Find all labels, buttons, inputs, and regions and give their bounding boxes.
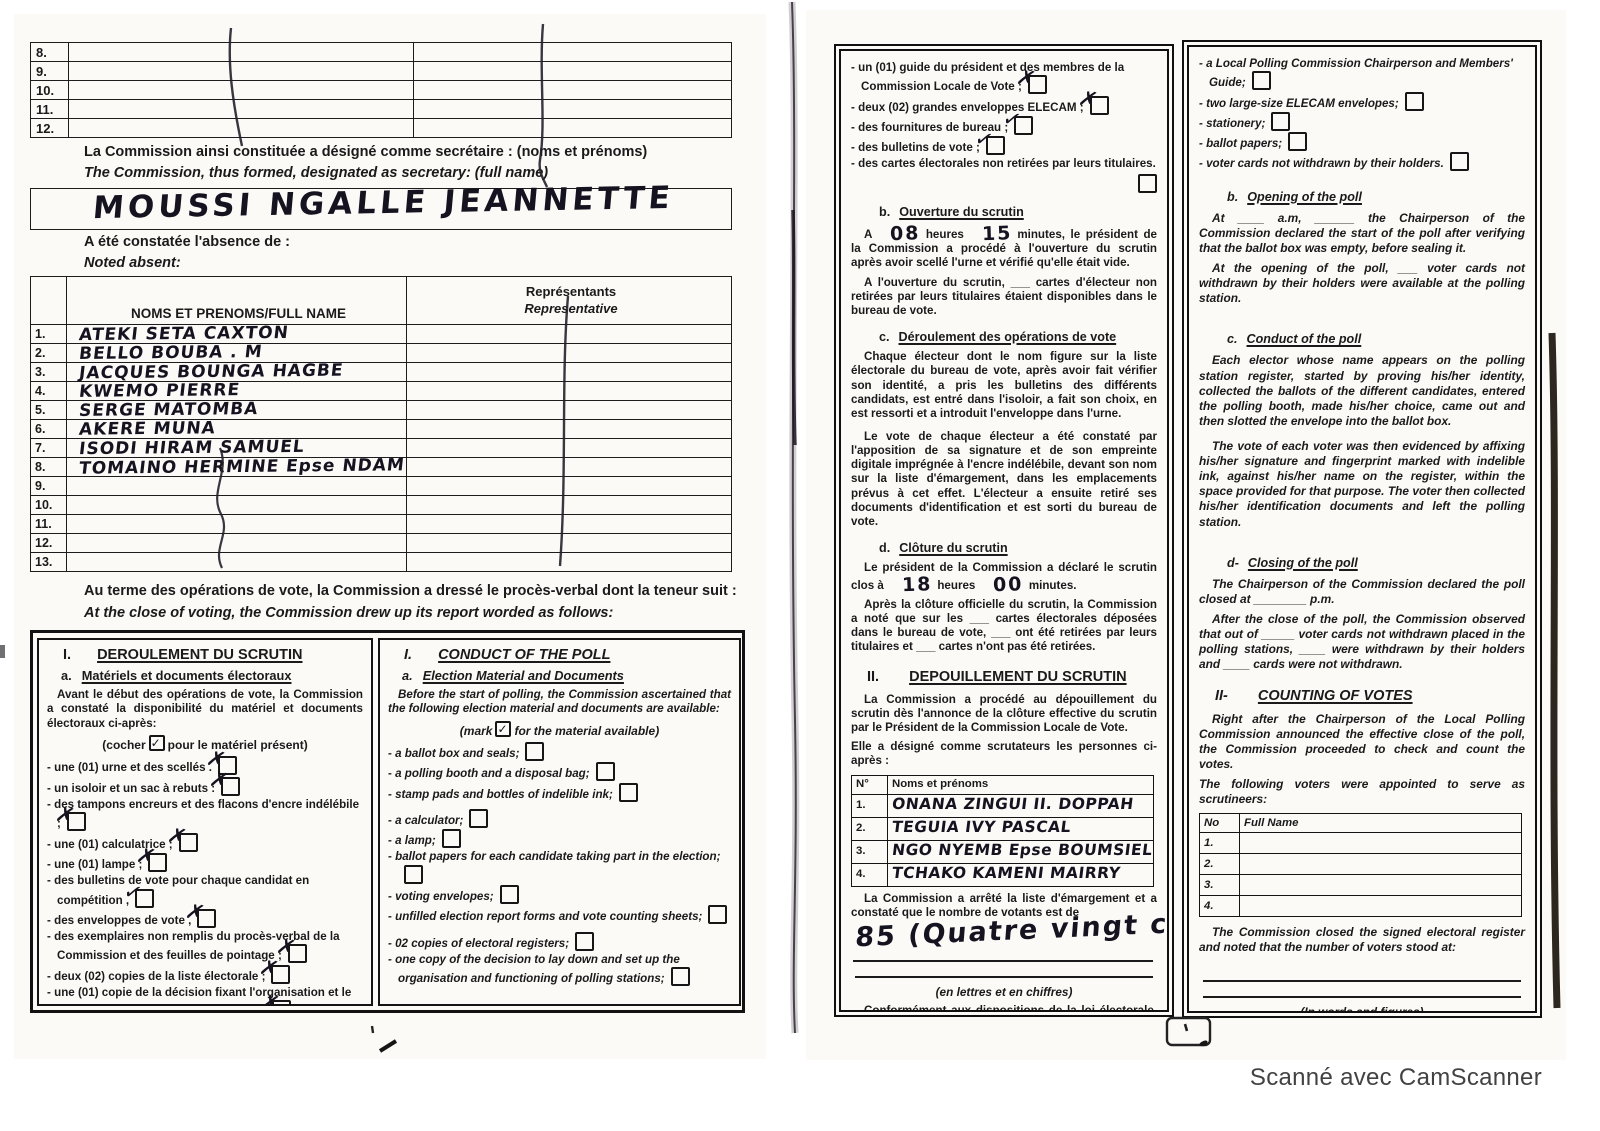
paragraph: The vote of each voter was then evidence…	[1199, 439, 1525, 530]
checklist-item: - deux (02) copies de la liste électoral…	[47, 965, 363, 984]
row-number: 8.	[31, 458, 67, 477]
heading-letter: c.	[879, 330, 890, 344]
section-title-fr: I.DEROULEMENT DU SCRUTIN	[63, 647, 363, 663]
section-number: II-	[1215, 688, 1228, 704]
page2-column-fr: - un (01) guide du président et des memb…	[834, 44, 1174, 1017]
section-number: II.	[867, 669, 879, 685]
row-number: 4.	[31, 382, 67, 401]
checkbox: ✗	[272, 1000, 291, 1006]
blank-line	[1203, 982, 1521, 998]
paragraph: The following voters were appointed to s…	[1199, 777, 1525, 807]
closing-line-en: At the close of voting, the Commission d…	[84, 605, 613, 621]
checkbox	[596, 762, 615, 781]
handwritten-name: TOMAINO HERMINE Epse NDAM	[78, 457, 406, 477]
checklist-item-label: ballot papers;	[1206, 137, 1282, 150]
paragraph: Le vote de chaque électeur a été constat…	[851, 430, 1157, 529]
checkbox: ✗	[1028, 75, 1047, 94]
checklist-item: - des fournitures de bureau ;✓	[851, 116, 1157, 135]
row-number: 5.	[31, 401, 67, 420]
dash: -	[47, 930, 51, 943]
checklist-item: - stationery;	[1199, 112, 1525, 131]
handwritten-name: AKERE MUNA	[78, 420, 217, 438]
page-crease-dark	[793, 210, 795, 445]
heading-letter: d.	[879, 541, 890, 555]
checklist-item: - une (01) urne et des scellés .✗	[47, 756, 363, 775]
handwritten-mark: ✗	[217, 770, 232, 792]
table-row: 1.ONANA ZINGUI II. DOPPAH	[852, 794, 1154, 817]
checkbox	[1450, 152, 1469, 171]
dash: -	[47, 914, 51, 927]
mark-instruction-pre: (mark	[460, 724, 493, 738]
checkbox: ✗	[271, 965, 290, 984]
handwritten-name: TEGUIA IVY PASCAL	[891, 820, 1072, 836]
check-mark: ✓	[151, 737, 161, 749]
table-row: 10.	[31, 81, 732, 100]
table-row: 1.	[1200, 833, 1522, 854]
mark-instruction-post: pour le matériel présent)	[168, 738, 308, 752]
handwritten-mark: ✗	[63, 806, 78, 828]
handwritten-mark: ✓	[982, 130, 997, 152]
dash: -	[388, 890, 392, 903]
check-mark: ✓	[497, 723, 507, 735]
voters-count-field: 85 (Quatre vingt cinq)	[853, 922, 1153, 962]
column-header-number: No	[1200, 814, 1240, 833]
checkbox: ✗	[148, 853, 167, 872]
scrutineers-table-en: NoFull Name 1. 2. 3. 4.	[1199, 813, 1522, 917]
scrutineers-table-fr: N°Noms et prénoms 1.ONANA ZINGUI II. DOP…	[851, 775, 1154, 887]
row-number: 3.	[1200, 875, 1240, 896]
dash: -	[851, 101, 855, 114]
checklist-item: - un (01) guide du président et des memb…	[851, 60, 1157, 95]
table-row: 8.	[31, 43, 732, 62]
handwritten-mark: ✗	[267, 958, 282, 980]
section-number: I.	[63, 647, 71, 663]
checklist-item: - a lamp;	[388, 829, 731, 848]
row-number: 12.	[31, 119, 69, 138]
dash: -	[47, 970, 51, 983]
checklist-item: - unfilled election report forms and vot…	[388, 905, 731, 924]
row-number: 1.	[1200, 833, 1240, 854]
subsection-title-fr: a.Matériels et documents électoraux	[61, 668, 363, 683]
paragraph: Conformément aux dispositions de la loi …	[851, 1004, 1157, 1012]
checkbox: ✗	[67, 812, 86, 831]
row-number: 2.	[31, 344, 67, 363]
dash: -	[47, 874, 51, 887]
column-header-fullname: Full Name	[1240, 814, 1522, 833]
mark-instruction-post: for the material available)	[514, 724, 659, 738]
table-header-row: NOMS ET PRENOMS/FULL NAME Représentants …	[31, 277, 732, 325]
handwritten-name: JACQUES BOUNGA HAGBE	[78, 362, 344, 382]
heading-closing-fr: d.Clôture du scrutin	[879, 541, 1157, 556]
handwritten-mark: ✗	[144, 847, 159, 869]
handwritten-mark: ✓	[1010, 110, 1025, 132]
handwritten-name: BELLO BOUBA . M	[78, 344, 263, 363]
caption: (en lettres et en chiffres)	[851, 985, 1157, 999]
heading-text: Ouverture du scrutin	[899, 205, 1024, 219]
paragraph: A l'ouverture du scrutin, ___ cartes d'é…	[851, 276, 1157, 318]
dash: -	[47, 986, 51, 999]
heading-conduct-en: c.Conduct of the poll	[1227, 332, 1525, 348]
dash: -	[851, 157, 855, 170]
checklist-item-label: stationery;	[1206, 117, 1265, 130]
heading-counting-fr: II.DEPOUILLEMENT DU SCRUTIN	[851, 669, 1157, 687]
dash: -	[851, 61, 855, 74]
paragraph: The Chairperson of the Commission declar…	[1199, 577, 1525, 607]
paragraph: Right after the Chairperson of the Local…	[1199, 712, 1525, 772]
row-number: 11.	[31, 100, 69, 119]
mark-instruction: (cocher✓pour le matériel présent)	[47, 735, 363, 752]
checkbox	[404, 865, 423, 884]
subsection-letter: a.	[402, 668, 413, 683]
checklist-item: - une (01) calculatrice ;✗	[47, 833, 363, 852]
dash: -	[388, 747, 392, 760]
checklist-item-label: une (01) urne et des scellés .	[54, 761, 212, 774]
section-number: I.	[404, 647, 412, 663]
table-row: 11.	[31, 100, 732, 119]
paragraph: The Commission closed the signed elector…	[1199, 925, 1525, 955]
row-number: 8.	[31, 43, 69, 62]
checkbox	[500, 885, 519, 904]
paragraph: After the close of the poll, the Commiss…	[1199, 612, 1525, 672]
page-crease-line	[792, 2, 796, 1033]
row-number: 11.	[31, 515, 67, 534]
checkbox	[671, 967, 690, 986]
handwritten-minute: 00	[980, 577, 1024, 594]
dash: -	[388, 767, 392, 780]
dash: -	[47, 838, 51, 851]
table-row: 11.	[31, 515, 732, 534]
row-number: 10.	[31, 496, 67, 515]
checklist-item: - des cartes électorales non retirées pa…	[851, 156, 1157, 171]
dash: -	[388, 937, 392, 950]
subsection-title-en: a.Election Material and Documents	[402, 668, 731, 683]
checklist-item-label: deux (02) copies de la liste électorale …	[54, 970, 265, 983]
checkbox	[469, 809, 488, 828]
table-row: 6.AKERE MUNA	[31, 420, 732, 439]
handwritten-name: KWEMO PIERRE	[78, 382, 241, 401]
secretary-name-field: MOUSSI NGALLE JEANNETTE	[30, 188, 732, 230]
dash: -	[47, 858, 51, 871]
dash: -	[1199, 157, 1203, 170]
checkbox	[442, 829, 461, 848]
checklist-item: - un isoloir et un sac à rebuts :✗	[47, 777, 363, 796]
paragraph: Chaque électeur dont le nom figure sur l…	[851, 350, 1157, 421]
checklist-item-label: a lamp;	[395, 834, 436, 847]
table-row: 2.	[1200, 854, 1522, 875]
checklist-item-label: voter cards not withdrawn by their holde…	[1206, 157, 1444, 170]
checklist-item: - une (01) copie de la décision fixant l…	[47, 985, 363, 1006]
checklist-item-label: deux (02) grandes enveloppes ELECAM ;	[858, 101, 1083, 114]
heading-opening-fr: b.Ouverture du scrutin	[879, 205, 1157, 220]
dash: -	[388, 834, 392, 847]
checklist-item: - a polling booth and a disposal bag;	[388, 762, 731, 781]
row-number: 7.	[31, 439, 67, 458]
table-row: 13.	[31, 553, 732, 572]
table-row: 2.TEGUIA IVY PASCAL	[852, 817, 1154, 840]
blank-line	[1203, 966, 1521, 982]
table-row: 12.	[31, 119, 732, 138]
checkbox: ✗	[1090, 96, 1109, 115]
checkbox	[1405, 92, 1424, 111]
checkbox: ✓	[1014, 116, 1033, 135]
intro-paragraph: Before the start of polling, the Commiss…	[388, 688, 731, 717]
heading-text: Clôture du scrutin	[899, 541, 1007, 555]
dash: -	[47, 798, 51, 811]
page2-column-en: - a Local Polling Commission Chairperson…	[1182, 40, 1542, 1018]
handwritten-mark: ✗	[193, 902, 208, 924]
checklist-item: - des bulletins de vote ;✓	[851, 136, 1157, 155]
checklist-item: - one copy of the decision to lay down a…	[388, 952, 731, 987]
row-number: 9.	[31, 477, 67, 496]
table-row: 3.	[1200, 875, 1522, 896]
heading-conduct-fr: c.Déroulement des opérations de vote	[879, 330, 1157, 345]
scan-edge-mark	[0, 645, 5, 658]
dash: -	[1199, 57, 1203, 70]
heading-text: Déroulement des opérations de vote	[899, 330, 1117, 344]
secretary-line-fr: La Commission ainsi constituée a désigné…	[84, 144, 647, 160]
table-header-row: N°Noms et prénoms	[852, 775, 1154, 794]
table-row: 10.	[31, 496, 732, 515]
absentees-table: NOMS ET PRENOMS/FULL NAME Représentants …	[30, 276, 732, 572]
checklist-item-label: unfilled election report forms and vote …	[395, 910, 702, 923]
text-fragment: heures	[937, 579, 975, 592]
dash: -	[851, 141, 855, 154]
checkbox: ✗	[197, 909, 216, 928]
heading-counting-en: II-COUNTING OF VOTES	[1199, 687, 1525, 705]
checklist-item-label: des bulletins de vote pour chaque candid…	[54, 874, 309, 906]
row-number: 10.	[31, 81, 69, 100]
dash: -	[47, 782, 51, 795]
checklist-item-label: des bulletins de vote ;	[858, 141, 980, 154]
table-row: 4.KWEMO PIERRE	[31, 382, 732, 401]
checkbox	[708, 905, 727, 924]
handwritten-name: ONANA ZINGUI II. DOPPAH	[891, 797, 1134, 813]
handwritten-hour: 08	[877, 226, 921, 243]
checklist-item-label: a ballot box and seals;	[395, 747, 519, 760]
handwritten-name: SERGE MATOMBA	[78, 401, 259, 420]
checklist-item: - a Local Polling Commission Chairperson…	[1199, 56, 1525, 91]
handwritten-name: NGO NYEMB Epse BOUMSIEL	[891, 843, 1153, 859]
checkbox: ✓	[135, 889, 154, 908]
subsection-letter: a.	[61, 668, 72, 683]
absent-label-fr: A été constatée l'absence de :	[84, 234, 290, 250]
section-title-text: DEPOUILLEMENT DU SCRUTIN	[909, 669, 1127, 685]
checklist-item-label: des enveloppes de vote ,	[54, 914, 191, 927]
row-number: 9.	[31, 62, 69, 81]
mark-instruction-pre: (cocher	[102, 738, 145, 752]
checked-box-icon: ✓	[495, 721, 511, 737]
checklist-item: - des enveloppes de vote ,✗	[47, 909, 363, 928]
dash: -	[388, 953, 392, 966]
rep-header-fr: Représentants	[411, 284, 731, 300]
camscanner-watermark: Scanné avec CamScanner	[1250, 1064, 1542, 1092]
section-title-en: I.CONDUCT OF THE POLL	[404, 647, 731, 663]
handwritten-mark: ✗	[1085, 89, 1100, 111]
checklist-item-label: a polling booth and a disposal bag;	[395, 767, 590, 780]
checklist-item: - voting envelopes;	[388, 885, 731, 904]
heading-text: Opening of the poll	[1247, 190, 1362, 204]
column-header-names: NOMS ET PRENOMS/FULL NAME	[67, 277, 407, 325]
section-1-fr: I.DEROULEMENT DU SCRUTIN a.Matériels et …	[37, 638, 373, 1006]
checklist-item-label: stamp pads and bottles of indelible ink;	[395, 788, 613, 801]
dash: -	[388, 910, 392, 923]
dash: -	[1199, 97, 1203, 110]
table-row: 4.TCHAKO KAMENI MAIRRY	[852, 863, 1154, 886]
handwritten-mark: ✗	[268, 994, 283, 1006]
checklist-item: - a calculator;	[388, 809, 731, 828]
handwritten-minute: 15	[969, 226, 1013, 243]
heading-text: Conduct of the poll	[1247, 332, 1362, 346]
checkbox	[1138, 174, 1157, 193]
scanned-election-report: 8. 9. 10. 11. 12. La Commission ainsi co…	[0, 0, 1600, 1131]
checklist-item: - des exemplaires non remplis du procès-…	[47, 929, 363, 964]
paragraph: At ____ a.m, ______ the Chairperson of t…	[1199, 211, 1525, 256]
dash: -	[47, 761, 51, 774]
checklist-item: - stamp pads and bottles of indelible in…	[388, 783, 731, 802]
row-number: 13.	[31, 553, 67, 572]
checklist-item: - des tampons encreurs et des flacons d'…	[47, 797, 363, 832]
checkbox	[525, 742, 544, 761]
checkbox	[1252, 71, 1271, 90]
handwritten-name: ATEKI SETA CAXTON	[78, 324, 290, 343]
subsection-title-text: Election Material and Documents	[423, 668, 624, 683]
table-header-row: NoFull Name	[1200, 814, 1522, 833]
paragraph: La Commission a procédé au dépouillement…	[851, 693, 1157, 735]
row-number: 6.	[31, 420, 67, 439]
checklist-item-label: one copy of the decision to lay down and…	[395, 953, 680, 985]
caption: (In words and figures)	[1199, 1005, 1525, 1013]
column-header-number: N°	[852, 775, 888, 794]
row-number: 2.	[1200, 854, 1240, 875]
empty-members-table: 8. 9. 10. 11. 12.	[30, 42, 732, 138]
row-number: 4.	[1200, 896, 1240, 917]
table-row: 8.TOMAINO HERMINE Epse NDAM	[31, 458, 732, 477]
page-crease	[792, 2, 796, 1033]
checklist-item-label: une (01) copie de la décision fixant l'o…	[54, 986, 351, 1006]
dash: -	[388, 850, 392, 863]
table-row: 9.	[31, 477, 732, 496]
intro-paragraph: Avant le début des opérations de vote, l…	[47, 688, 363, 731]
checklist-item-label: des cartes électorales non retirées par …	[858, 157, 1156, 170]
checklist-item: - voter cards not withdrawn by their hol…	[1199, 152, 1525, 171]
checkbox	[619, 783, 638, 802]
table-row: 2.BELLO BOUBA . M	[31, 344, 732, 363]
checkbox	[1271, 112, 1290, 131]
checkbox: ✗	[179, 833, 198, 852]
text-fragment: minutes.	[1029, 579, 1077, 592]
row-number: 3.	[852, 840, 888, 863]
paragraph: Après la clôture officielle du scrutin, …	[851, 598, 1157, 655]
paragraph: Elle a désigné comme scrutateurs les per…	[851, 740, 1157, 768]
checklist-item: - ballot papers for each candidate takin…	[388, 849, 731, 884]
mark-instruction: (mark✓for the material available)	[388, 721, 731, 738]
checkbox: ✗	[288, 944, 307, 963]
text-fragment: heures	[926, 228, 964, 241]
row-number: 1.	[31, 325, 67, 344]
table-row: 12.	[31, 534, 732, 553]
heading-letter: b.	[879, 205, 890, 219]
handwritten-mark: ✗	[1024, 69, 1039, 91]
table-row: 5.SERGE MATOMBA	[31, 401, 732, 420]
dash: -	[388, 788, 392, 801]
dash: -	[1199, 137, 1203, 150]
heading-text: Closing of the poll	[1248, 556, 1358, 570]
column-header-names: Noms et prénoms	[888, 775, 1154, 794]
row-number: 4.	[852, 863, 888, 886]
heading-letter: c.	[1227, 332, 1238, 346]
secretary-line-en: The Commission, thus formed, designated …	[84, 165, 548, 181]
checklist-item: - 02 copies of electoral registers;	[388, 932, 731, 951]
closing-line-fr: Au terme des opérations de vote, la Comm…	[84, 583, 737, 599]
checklist-item-label: ballot papers for each candidate taking …	[395, 850, 720, 863]
table-row: 1.ATEKI SETA CAXTON	[31, 325, 732, 344]
checklist-item-label: a calculator;	[395, 814, 463, 827]
section-title-text: CONDUCT OF THE POLL	[438, 647, 610, 663]
absent-label-en: Noted absent:	[84, 255, 181, 271]
dash: -	[851, 121, 855, 134]
checkbox	[1288, 132, 1307, 151]
checklist-item-label: un isoloir et un sac à rebuts :	[54, 782, 215, 795]
dash: -	[1199, 117, 1203, 130]
checklist-item-label: des tampons encreurs et des flacons d'en…	[54, 798, 359, 830]
handwritten-hour: 18	[889, 577, 933, 594]
checkbox	[575, 932, 594, 951]
section-title-text: COUNTING OF VOTES	[1258, 688, 1413, 704]
checked-box-icon: ✓	[149, 735, 165, 751]
row-number: 2.	[852, 817, 888, 840]
row-number: 3.	[31, 363, 67, 382]
checklist-item-label: 02 copies of electoral registers;	[395, 937, 569, 950]
handwritten-mark: ✗	[174, 826, 189, 848]
checkbox: ✗	[221, 777, 240, 796]
paragraph: At the opening of the poll, ___ voter ca…	[1199, 261, 1525, 306]
paragraph: Each elector whose name appears on the p…	[1199, 353, 1525, 429]
dash: -	[388, 814, 392, 827]
checklist-item: - a ballot box and seals;	[388, 742, 731, 761]
text-fragment: A	[864, 228, 872, 241]
heading-letter: d-	[1227, 556, 1239, 570]
table-row: 4.	[1200, 896, 1522, 917]
handwritten-name: TCHAKO KAMENI MAIRRY	[891, 866, 1121, 882]
checklist-item: - two large-size ELECAM envelopes;	[1199, 92, 1525, 111]
column-header-representative: Représentants Representative	[407, 277, 732, 325]
handwritten-mark: ✓	[131, 882, 146, 904]
handwritten-mark: ✗	[284, 938, 299, 960]
blank-line	[855, 962, 1153, 978]
paragraph: A08heures15minutes, le président de la C…	[851, 225, 1157, 270]
checklist-item-label: two large-size ELECAM envelopes;	[1206, 97, 1399, 110]
table-row: 9.	[31, 62, 732, 81]
heading-closing-en: d-Closing of the poll	[1227, 556, 1525, 572]
row-number: 1.	[852, 794, 888, 817]
rep-header-en: Representative	[411, 301, 731, 317]
checkbox: ✓	[986, 136, 1005, 155]
checklist-item-label: une (01) lampe ;	[54, 858, 142, 871]
heading-opening-en: b.Opening of the poll	[1227, 190, 1525, 206]
table-row: 3.NGO NYEMB Epse BOUMSIEL	[852, 840, 1154, 863]
section-title-text: DEROULEMENT DU SCRUTIN	[97, 647, 302, 663]
section-1-en: I.CONDUCT OF THE POLL a.Election Materia…	[378, 638, 741, 1006]
checklist-item: - ballot papers;	[1199, 132, 1525, 151]
row-number: 12.	[31, 534, 67, 553]
subsection-title-text: Matériels et documents électoraux	[82, 668, 292, 683]
paragraph: Le président de la Commission a déclaré …	[851, 561, 1157, 592]
handwritten-name: ISODI HIRAM SAMUEL	[78, 438, 305, 457]
checklist-item: - une (01) lampe ;✗	[47, 853, 363, 872]
table-row: 3.JACQUES BOUNGA HAGBE	[31, 363, 732, 382]
checklist-item-label: voting envelopes;	[395, 890, 494, 903]
heading-letter: b.	[1227, 190, 1238, 204]
